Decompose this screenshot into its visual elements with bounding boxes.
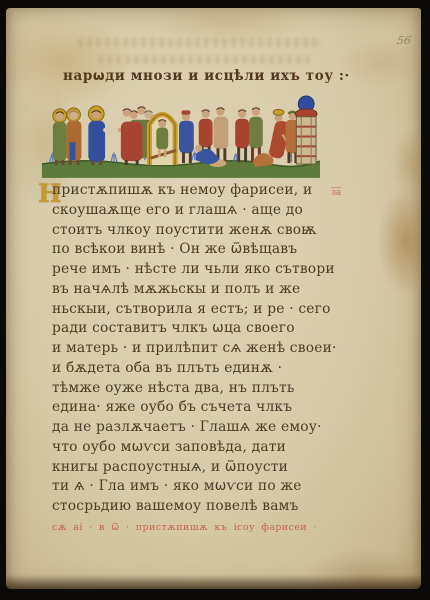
- text-line: едина· яже оубо бъ съчета члкъ: [52, 398, 348, 418]
- folio-number: 56: [396, 34, 412, 47]
- onlooker-pair: [235, 108, 263, 162]
- miniature-illustration: [42, 91, 320, 178]
- text-line: да не разлѫчаетъ · Глашѧ же емоу·: [52, 418, 348, 438]
- text-line: скоушаѫще его и глашѧ · аще до: [52, 201, 348, 221]
- text-line: и бѫдета оба въ плъть единѫ ·: [52, 359, 348, 379]
- rubric-line: сѫ аі · в ѿ · пристѫпишѫ къ ісоу фарисеи…: [52, 522, 352, 533]
- manuscript-photo: { "page": { "folio_number": "56", "headi…: [0, 0, 430, 600]
- manuscript-page: 56 нарѡди мнози и исцѣли ихъ тоу :·: [6, 8, 421, 589]
- apostle-figure: [67, 108, 82, 165]
- domed-tower: [295, 96, 317, 164]
- christ-figure: [88, 106, 122, 165]
- show-through-text: [78, 38, 322, 47]
- text-block: пристѫпишѫ къ немоу фарисеи, и скоушаѫще…: [52, 181, 348, 517]
- page-edge-shadow: [6, 575, 421, 589]
- text-line: въ начѧлѣ мѫжьскы и полъ и же: [52, 280, 348, 300]
- text-line: тѣмже оуже нѣста два, нъ плъть: [52, 379, 348, 399]
- text-line: ради составитъ члкъ ѡца своего: [52, 319, 348, 339]
- text-line: ти ѧ · Гла имъ · яко мѡѵси по же: [52, 477, 348, 497]
- text-line: рече имъ · нѣсте ли чьли яко сътвори: [52, 260, 348, 280]
- show-through-text: [98, 55, 310, 64]
- text-line: и матерь · и прилѣпит сѧ женѣ своеи·: [52, 339, 348, 359]
- text-line: книгы распоустныѧ, и ѿпоусти: [52, 458, 348, 478]
- heading-line: нарѡди мнози и исцѣли ихъ тоу :·: [63, 68, 323, 84]
- parchment-stain: [390, 128, 421, 198]
- golden-doorway: [149, 114, 176, 165]
- text-line: что оубо мѡѵси заповѣда, дати: [52, 438, 348, 458]
- text-line: по всѣкои винѣ · Он же ѿвѣщавъ: [52, 240, 348, 260]
- text-line: стосрьдию вашемоу повелѣ вамъ: [52, 497, 348, 517]
- text-line: ньскыи, сътворила я естъ; и ре · сего: [52, 300, 348, 320]
- text-line: стоитъ члкоу поустити женѫ своѭ: [52, 221, 348, 241]
- text-line: пристѫпишѫ къ немоу фарисеи, и: [52, 181, 348, 201]
- miniature-scene: [42, 91, 320, 178]
- parchment-stain: [378, 186, 421, 296]
- bystander-figure: [179, 110, 194, 163]
- apostle-figure: [53, 109, 67, 165]
